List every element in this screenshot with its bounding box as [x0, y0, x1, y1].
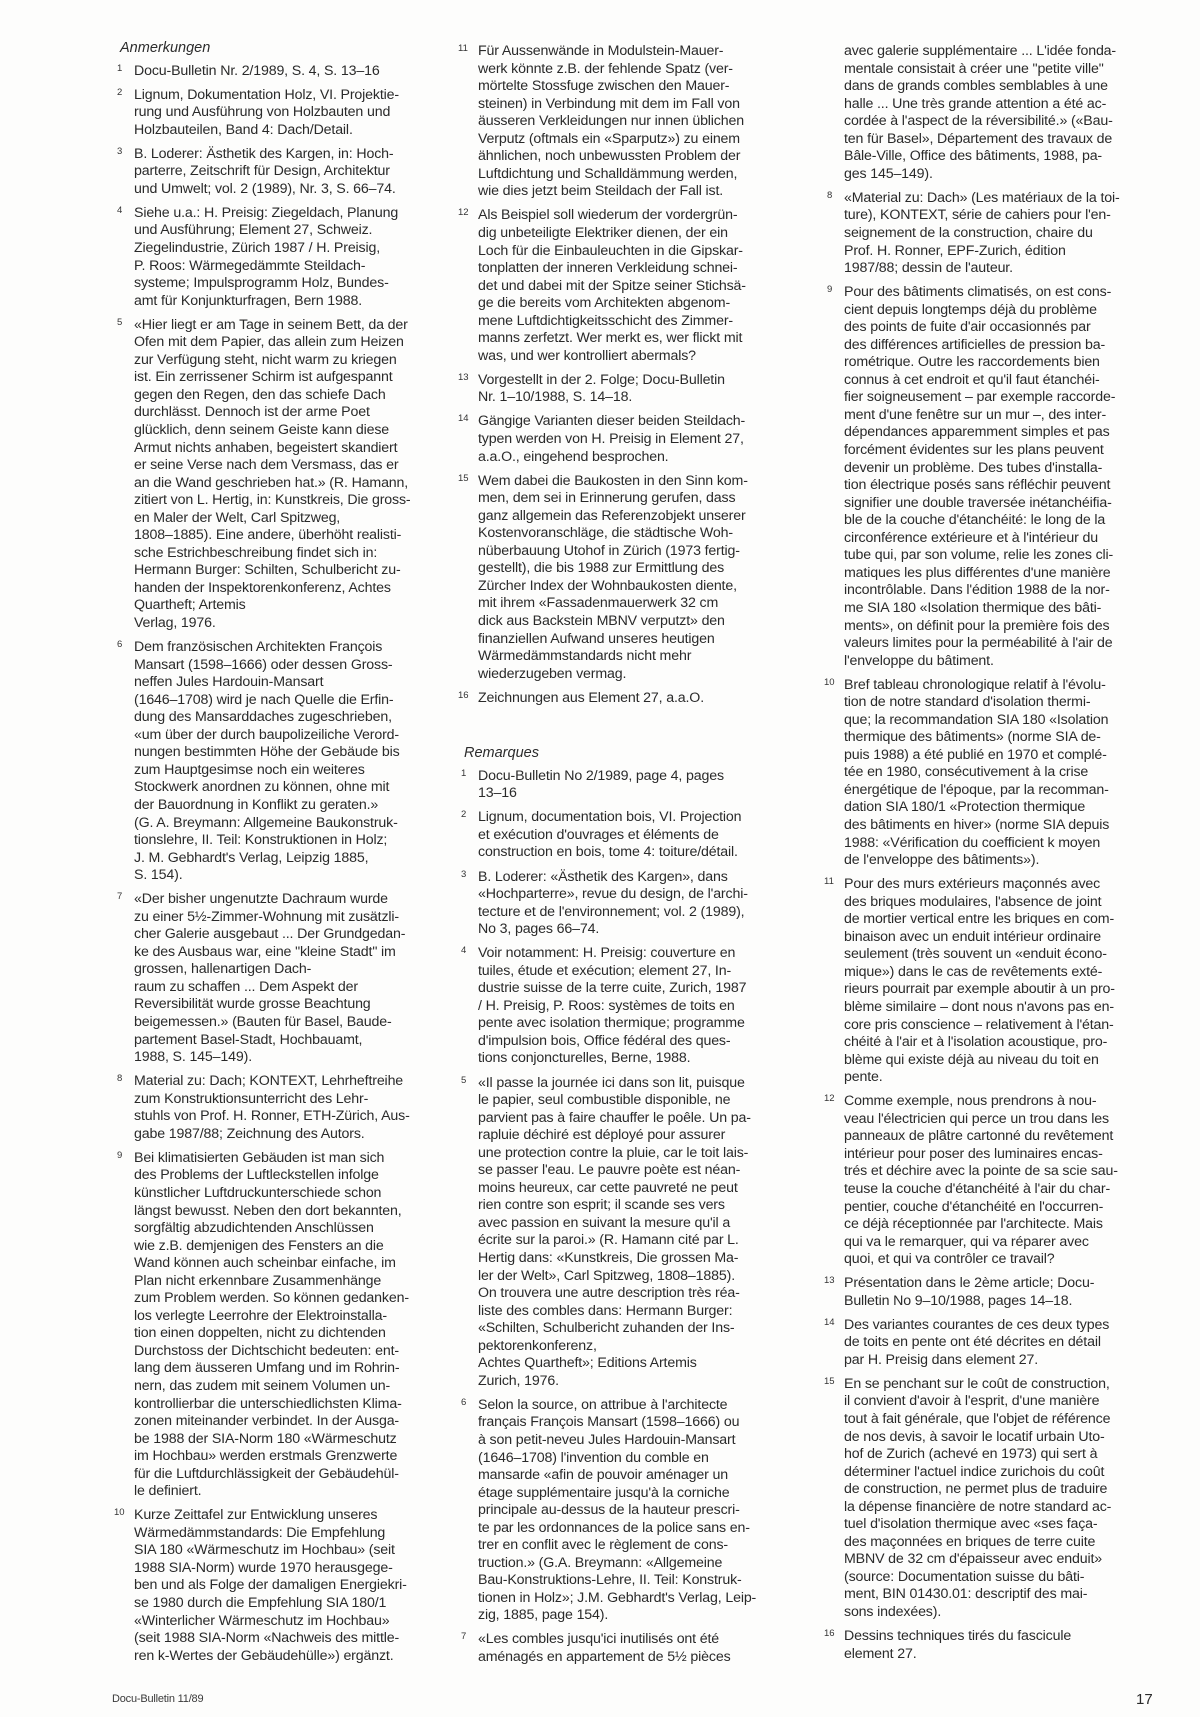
note-line: Quartheft; Artemis — [134, 597, 437, 615]
note-line: et exécution d'ouvrages et éléments de — [478, 827, 796, 845]
note-line: tionslehre, II. Teil: Konstruktionen in … — [134, 832, 437, 850]
note-line: par H. Preisig dans element 27. — [844, 1352, 1167, 1370]
footnote-text: B. Loderer: «Ästhetik des Kargen», dans«… — [478, 869, 796, 939]
note-line: (G. A. Breymann: Allgemeine Baukonstruk- — [134, 815, 437, 833]
note-line: que; la recommandation SIA 180 «Isolatio… — [844, 712, 1167, 730]
note-line: l'enveloppe du bâtiment. — [844, 653, 1167, 671]
note-line: SIA 180 «Wärmeschutz im Hochbau» (seit — [134, 1542, 437, 1560]
note-line: werk könnte z.B. der fehlende Spatz (ver… — [478, 61, 796, 79]
note-line: Verputz (oftmals ein «Sparputz») zu eine… — [478, 131, 796, 149]
note-line: für die Luftdurchlässigkeit der Gebäudeh… — [134, 1466, 437, 1484]
footnote-anmerkungen-12: 12Als Beispiel soll wiederum der vorderg… — [461, 207, 796, 365]
footnote-anmerkungen-9: 9Bei klimatisierten Gebäuden ist man sic… — [117, 1150, 437, 1501]
footnote-number: 13 — [458, 371, 469, 385]
note-line: le definiert. — [134, 1483, 437, 1501]
note-line: Bref tableau chronologique relatif à l'é… — [844, 677, 1167, 695]
footnote-anmerkungen-5: 5«Hier liegt er am Tage in seinem Bett, … — [117, 317, 437, 633]
note-line: truction.» (G.A. Breymann: «Allgemeine — [478, 1555, 796, 1573]
footnote-anmerkungen-11: 11Für Aussenwände in Modulstein-Mauer-we… — [461, 43, 796, 201]
note-continued-text: avec galerie supplémentaire ... L'idée f… — [844, 43, 1167, 183]
note-line: element 27. — [844, 1646, 1167, 1664]
note-line: be 1988 der SIA-Norm 180 «Wärmeschutz — [134, 1431, 437, 1449]
note-line: «um über der durch baupolizeiliche Veror… — [134, 727, 437, 745]
note-line: raum zu schaffen ... Dem Aspekt der — [134, 979, 437, 997]
remarques-notes-1-7: 1Docu-Bulletin No 2/1989, page 4, pages1… — [461, 768, 796, 1667]
note-line: liste des combles dans: Hermann Burger: — [478, 1303, 796, 1321]
note-line: Wärmedämmstandards: Die Empfehlung — [134, 1525, 437, 1543]
note-line: «Winterlicher Wärmeschutz im Hochbau» — [134, 1613, 437, 1631]
note-line: B. Loderer: «Ästhetik des Kargen», dans — [478, 869, 796, 887]
footnote-number: 11 — [824, 875, 834, 889]
footnote-remarques-12: 12Comme exemple, nous prendrons à nou-ve… — [827, 1093, 1167, 1268]
note-line: sorgfältig abzudichtenden Anschlüssen — [134, 1220, 437, 1238]
note-line: Armut nichts anhaben, begeistert skandie… — [134, 440, 437, 458]
note-line: tée en 1980, consécutivement à la crise — [844, 764, 1167, 782]
note-line: pektorenkonferenz, — [478, 1338, 796, 1356]
note-line: äusseren Verkleidungen nur innen übliche… — [478, 113, 796, 131]
note-line: der Bauordnung in Konflikt zu geraten.» — [134, 797, 437, 815]
note-line: intérieur pour poser des luminaires enca… — [844, 1146, 1167, 1164]
footnote-text: Selon la source, on attribue à l'archite… — [478, 1397, 796, 1625]
note-line: «Hochparterre», revue du design, de l'ar… — [478, 886, 796, 904]
footnote-text: Material zu: Dach; KONTEXT, Lehrheftreih… — [134, 1073, 437, 1143]
footnote-anmerkungen-3: 3B. Loderer: Ästhetik des Kargen, in: Ho… — [117, 146, 437, 199]
note-line: de nos devis, à savoir le locatif urbain… — [844, 1429, 1167, 1447]
note-line: ments», on définit pour la première fois… — [844, 618, 1167, 636]
note-line: tout à fait générale, que l'objet de réf… — [844, 1411, 1167, 1429]
note-line: MBNV de 32 cm d'épaisseur avec enduit» — [844, 1551, 1167, 1569]
footnote-text: Wem dabei die Baukosten in den Sinn kom-… — [478, 473, 796, 684]
note-line: de construction, ne permet plus de tradu… — [844, 1481, 1167, 1499]
footnote-number: 6 — [117, 638, 122, 652]
note-line: Dem französischen Architekten François — [134, 639, 437, 657]
note-line: partement Basel-Stadt, Hochbauamt, — [134, 1032, 437, 1050]
note-line: des points de fuite d'air occasionnés pa… — [844, 319, 1167, 337]
note-line: zig, 1885, page 154). — [478, 1607, 796, 1625]
note-line: (1646–1708) wird je nach Quelle die Erfi… — [134, 692, 437, 710]
footnote-text: Zeichnungen aus Element 27, a.a.O. — [478, 690, 796, 708]
note-line: Achtes Quartheft»; Editions Artemis — [478, 1355, 796, 1373]
note-line: ganz allgemein das Referenzobjekt unsere… — [478, 508, 796, 526]
note-line: dig unbeteiligte Elektriker dienen, der … — [478, 225, 796, 243]
note-line: zum Problem werden. So können gedanken- — [134, 1290, 437, 1308]
note-line: seignement de la construction, chaire du — [844, 225, 1167, 243]
footnote-anmerkungen-4: 4Siehe u.a.: H. Preisig: Ziegeldach, Pla… — [117, 205, 437, 310]
note-line: im Hochbau» werden erstmals Grenzwerte — [134, 1448, 437, 1466]
note-line: cher Galerie ausgebaut ... Der Grundgeda… — [134, 926, 437, 944]
note-line: und Umwelt; vol. 2 (1989), Nr. 3, S. 66–… — [134, 181, 437, 199]
footnote-number: 16 — [458, 689, 469, 703]
column-right: avec galerie supplémentaire ... L'idée f… — [827, 43, 1167, 1670]
footnote-number: 7 — [461, 1630, 466, 1644]
note-line: Wem dabei die Baukosten in den Sinn kom- — [478, 473, 796, 491]
note-line: Gängige Varianten dieser beiden Steildac… — [478, 413, 796, 431]
footnote-text: Voir notamment: H. Preisig: couverture e… — [478, 945, 796, 1068]
footnote-text: Für Aussenwände in Modulstein-Mauer-werk… — [478, 43, 796, 201]
footnote-text: Als Beispiel soll wiederum der vordergrü… — [478, 207, 796, 365]
footnote-number: 2 — [461, 808, 466, 822]
note-line: binaison avec un enduit intérieur ordina… — [844, 929, 1167, 947]
note-line: tions conjoncturelles, Berne, 1988. — [478, 1050, 796, 1068]
footnote-number: 2 — [117, 86, 122, 100]
note-line: künstlicher Luftdruckunterschiede schon — [134, 1185, 437, 1203]
note-line: rapluie déchiré est déployé pour assurer — [478, 1127, 796, 1145]
section-title-remarques: Remarques — [464, 745, 796, 763]
footnote-text: Bei klimatisierten Gebäuden ist man sich… — [134, 1150, 437, 1501]
footnote-text: «Der bisher ungenutzte Dachraum wurdezu … — [134, 891, 437, 1066]
note-line: mique») dans le cas de revêtements exté- — [844, 964, 1167, 982]
note-line: Holzbauteilen, Band 4: Dach/Detail. — [134, 122, 437, 140]
note-line: des briques modulaires, l'absence de joi… — [844, 894, 1167, 912]
note-line: Stockwerk anordnen zu können, ohne mit — [134, 779, 437, 797]
note-line: tuiles, étude et exécution; element 27, … — [478, 963, 796, 981]
note-line: gestellt), die bis 1988 zur Ermittlung d… — [478, 560, 796, 578]
note-line: de mortier vertical entre les briques en… — [844, 911, 1167, 929]
note-line: rométrique. Outre les raccordements bien — [844, 354, 1167, 372]
note-line: matiques les plus différentes d'une mani… — [844, 565, 1167, 583]
footnote-text: Bref tableau chronologique relatif à l'é… — [844, 677, 1167, 870]
footnote-remarques-13: 13Présentation dans le 2ème article; Doc… — [827, 1275, 1167, 1310]
note-line: core pris conscience – relativement à l'… — [844, 1017, 1167, 1035]
note-line: «Les combles jusqu'ici inutilisés ont ét… — [478, 1631, 796, 1649]
footnote-number: 5 — [461, 1074, 466, 1088]
remarques-note-7-continued: avec galerie supplémentaire ... L'idée f… — [827, 43, 1167, 183]
note-line: sche Estrichbeschreibung findet sich in: — [134, 545, 437, 563]
note-line: cient depuis longtemps déjà du problème — [844, 302, 1167, 320]
footnote-number: 3 — [461, 868, 466, 882]
note-line: puis 1988) a été publié en 1970 et compl… — [844, 747, 1167, 765]
note-line: veau l'électricien qui perce un trou dan… — [844, 1111, 1167, 1129]
remarques-notes-8-16: 8«Material zu: Dach» (Les matériaux de l… — [827, 190, 1167, 1663]
note-line: le papier, seul combustible disponible, … — [478, 1092, 796, 1110]
note-line: sons indexées). — [844, 1604, 1167, 1622]
note-line: «Hier liegt er am Tage in seinem Bett, d… — [134, 317, 437, 335]
footnote-remarques-9: 9Pour des bâtiments climatisés, on est c… — [827, 284, 1167, 670]
footnote-number: 15 — [824, 1375, 835, 1389]
note-line: ähnlichen, noch unbewussten Problem der — [478, 148, 796, 166]
footnote-number: 9 — [117, 1149, 122, 1163]
note-line: steinen) in Verbindung mit dem im Fall v… — [478, 96, 796, 114]
footnote-remarques-3: 3B. Loderer: «Ästhetik des Kargen», dans… — [461, 869, 796, 939]
note-line: «Material zu: Dach» (Les matériaux de la… — [844, 190, 1167, 208]
note-line: Bulletin No 9–10/1988, pages 14–18. — [844, 1293, 1167, 1311]
footnote-text: Dessins techniques tirés du fasciculeele… — [844, 1628, 1167, 1663]
footnote-text: «Il passe la journée ici dans son lit, p… — [478, 1075, 796, 1391]
footnote-remarques-4: 4Voir notamment: H. Preisig: couverture … — [461, 945, 796, 1068]
note-line: ble de la couche d'étanchéité: le long d… — [844, 512, 1167, 530]
note-line: 1988, S. 145–149). — [134, 1049, 437, 1067]
note-line: tube qui, par son volume, relie les zone… — [844, 547, 1167, 565]
note-line: Ziegelindustrie, Zürich 1987 / H. Preisi… — [134, 240, 437, 258]
note-line: ges 145–149). — [844, 166, 1167, 184]
note-line: Bau-Konstruktions-Lehre, II. Teil: Konst… — [478, 1572, 796, 1590]
footnote-text: Gängige Varianten dieser beiden Steildac… — [478, 413, 796, 466]
footnote-number: 8 — [827, 189, 832, 203]
note-line: quoi, et qui va contrôler ce travail? — [844, 1251, 1167, 1269]
note-line: Für Aussenwände in Modulstein-Mauer- — [478, 43, 796, 61]
note-line: parterre, Zeitschrift für Design, Archit… — [134, 163, 437, 181]
footnote-text: Lignum, Dokumentation Holz, VI. Projekti… — [134, 87, 437, 140]
footnote-text: Lignum, documentation bois, VI. Projecti… — [478, 809, 796, 862]
note-line: écrite sur la paroi.» (R. Hamann cité pa… — [478, 1232, 796, 1250]
note-line: français François Mansart (1598–1666) ou — [478, 1414, 796, 1432]
note-line: ten für Basel», Département des travaux … — [844, 131, 1167, 149]
note-line: thermique des bâtiments» (norme SIA de- — [844, 729, 1167, 747]
column-middle: 11Für Aussenwände in Modulstein-Mauer-we… — [461, 43, 796, 1673]
note-line: étage supplémentaire jusqu'à la corniche — [478, 1485, 796, 1503]
footnote-number: 12 — [824, 1092, 835, 1106]
footnote-number: 4 — [117, 204, 122, 218]
note-line: Hertig dans: «Kunstkreis, Die grossen Ma… — [478, 1250, 796, 1268]
note-line: avec galerie supplémentaire ... L'idée f… — [844, 43, 1167, 61]
note-line: men, dem sei in Erinnerung gerufen, dass — [478, 490, 796, 508]
note-line: ment d'une fenêtre sur un mur –, des int… — [844, 407, 1167, 425]
footnote-text: Présentation dans le 2ème article; Docu-… — [844, 1275, 1167, 1310]
footnote-remarques-15: 15En se penchant sur le coût de construc… — [827, 1376, 1167, 1622]
note-line: d'impulsion bois, Office fédéral des que… — [478, 1033, 796, 1051]
note-line: Docu-Bulletin No 2/1989, page 4, pages — [478, 768, 796, 786]
note-line: teuse la couche d'étanchéité à l'air du … — [844, 1181, 1167, 1199]
footnote-text: B. Loderer: Ästhetik des Kargen, in: Hoc… — [134, 146, 437, 199]
note-line: valeurs limites pour la perméabilité à l… — [844, 635, 1167, 653]
note-line: rieurs pourrait par exemple aboutir à un… — [844, 981, 1167, 999]
note-line: pente. — [844, 1069, 1167, 1087]
footnote-anmerkungen-15: 15Wem dabei die Baukosten in den Sinn ko… — [461, 473, 796, 684]
note-line: Comme exemple, nous prendrons à nou- — [844, 1093, 1167, 1111]
footnote-remarques-5: 5«Il passe la journée ici dans son lit, … — [461, 1075, 796, 1391]
note-line: det und dabei mit der Spitze seiner Stic… — [478, 278, 796, 296]
note-line: zur Verfügung steht, nicht warm zu krieg… — [134, 352, 437, 370]
note-line: Dessins techniques tirés du fascicule — [844, 1628, 1167, 1646]
footnote-number: 14 — [824, 1316, 835, 1330]
note-line: Als Beispiel soll wiederum der vordergrü… — [478, 207, 796, 225]
note-line: tion einen doppelten, nicht zu dichtende… — [134, 1325, 437, 1343]
note-line: mörtelte Stossfuge zwischen den Mauer- — [478, 78, 796, 96]
footnote-anmerkungen-1: 1Docu-Bulletin Nr. 2/1989, S. 4, S. 13–1… — [117, 63, 437, 81]
note-line: Durchstoss der Dichtschicht bedeuten: en… — [134, 1343, 437, 1361]
footer-publication: Docu-Bulletin 11/89 — [112, 1693, 203, 1705]
note-line: principale au-dessus de la hauteur presc… — [478, 1502, 796, 1520]
footnote-text: Dem französischen Architekten FrançoisMa… — [134, 639, 437, 885]
note-line: zitiert von L. Hertig, in: Kunstkreis, D… — [134, 492, 437, 510]
note-line: er seine Verse nach dem Versmass, das er — [134, 457, 437, 475]
note-line: dung des Mansarddaches zugeschrieben, — [134, 709, 437, 727]
column-left: Anmerkungen 1Docu-Bulletin Nr. 2/1989, S… — [117, 40, 437, 1672]
note-line: «Il passe la journée ici dans son lit, p… — [478, 1075, 796, 1093]
note-line: nern, das zudem mit seinem Volumen un- — [134, 1378, 437, 1396]
note-line: S. 154). — [134, 867, 437, 885]
footnote-text: Siehe u.a.: H. Preisig: Ziegeldach, Plan… — [134, 205, 437, 310]
note-line: zu einer 5½-Zimmer-Wohnung mit zusätzli- — [134, 909, 437, 927]
note-line: ment, BIN 01430.01: descriptif des mai- — [844, 1586, 1167, 1604]
note-line: mit ihrem «Fassadenmauerwerk 32 cm — [478, 595, 796, 613]
note-line: ture), KONTEXT, série de cahiers pour l'… — [844, 207, 1167, 225]
note-line: Bei klimatisierten Gebäuden ist man sich — [134, 1150, 437, 1168]
note-line: la dépense financière de notre standard … — [844, 1499, 1167, 1517]
note-line: mene Luftdichtigkeitsschicht des Zimmer- — [478, 313, 796, 331]
footnote-text: Docu-Bulletin Nr. 2/1989, S. 4, S. 13–16 — [134, 63, 437, 81]
note-line: mentale consistait à créer une "petite v… — [844, 61, 1167, 79]
footnote-text: En se penchant sur le coût de constructi… — [844, 1376, 1167, 1622]
note-line: mansarde «afin de pouvoir aménager un — [478, 1467, 796, 1485]
note-line: rung und Ausführung von Holzbauten und — [134, 104, 437, 122]
footnote-number: 6 — [461, 1396, 466, 1410]
note-line: nungen bestimmten Höhe der Gebäude bis — [134, 744, 437, 762]
note-line: Pour des murs extérieurs maçonnés avec — [844, 876, 1167, 894]
note-line: wie dies jetzt beim Steildach der Fall i… — [478, 183, 796, 201]
footnote-anmerkungen-8: 8Material zu: Dach; KONTEXT, Lehrheftrei… — [117, 1073, 437, 1143]
note-line: Hermann Burger: Schilten, Schulbericht z… — [134, 562, 437, 580]
footnote-anmerkungen-2: 2Lignum, Dokumentation Holz, VI. Projekt… — [117, 87, 437, 140]
note-line: a.a.O., eingehend besprochen. — [478, 449, 796, 467]
note-line: parvient pas à faire chauffer le poêle. … — [478, 1110, 796, 1128]
note-line: kontrollierbar die unterschiedlichsten K… — [134, 1396, 437, 1414]
note-line: Siehe u.a.: H. Preisig: Ziegeldach, Plan… — [134, 205, 437, 223]
note-line: énergétique de l'époque, par la recomman… — [844, 782, 1167, 800]
note-line: de l'enveloppe des bâtiments»). — [844, 852, 1167, 870]
note-line: längst bewusst. Neben den dort bekannten… — [134, 1203, 437, 1221]
footnote-anmerkungen-10: 10Kurze Zeittafel zur Entwicklung unsere… — [117, 1507, 437, 1665]
note-line: manns zerfetzt. Wer merkt es, wer flickt… — [478, 330, 796, 348]
note-line: amt für Konjunkturfragen, Bern 1988. — [134, 293, 437, 311]
note-line: / H. Preisig, P. Roos: systèmes de toits… — [478, 998, 796, 1016]
note-line: glücklich, denn seinem Geiste kann diese — [134, 422, 437, 440]
note-line: gabe 1987/88; Zeichnung des Autors. — [134, 1126, 437, 1144]
note-line: avec passion en suivant la mesure qu'il … — [478, 1215, 796, 1233]
footnote-number: 14 — [458, 412, 469, 426]
note-line: beigemessen.» (Bauten für Basel, Baude- — [134, 1014, 437, 1032]
note-line: los verlegte Leerrohre der Elektroinstal… — [134, 1308, 437, 1326]
footnote-number: 13 — [824, 1274, 835, 1288]
note-line: Zeichnungen aus Element 27, a.a.O. — [478, 690, 796, 708]
anmerkungen-notes-11-16: 11Für Aussenwände in Modulstein-Mauer-we… — [461, 43, 796, 707]
note-line: (1646–1708) l'invention du comble en — [478, 1450, 796, 1468]
note-line: zonen miteinander verbindet. In der Ausg… — [134, 1413, 437, 1431]
note-line: On trouvera une autre description très r… — [478, 1285, 796, 1303]
note-line: qui va le remarquer, qui va réparer avec — [844, 1234, 1167, 1252]
note-line: rien contre son esprit; il scande ses ve… — [478, 1197, 796, 1215]
note-line: 1987/88; dessin de l'auteur. — [844, 260, 1167, 278]
note-line: an die Wand geschrieben hat.» (R. Hamann… — [134, 475, 437, 493]
note-line: «Schilten, Schulbericht zuhanden der Ins… — [478, 1320, 796, 1338]
footnote-text: Docu-Bulletin No 2/1989, page 4, pages13… — [478, 768, 796, 803]
note-line: «Der bisher ungenutzte Dachraum wurde — [134, 891, 437, 909]
note-line: Docu-Bulletin Nr. 2/1989, S. 4, S. 13–16 — [134, 63, 437, 81]
note-line: durchlässt. Dennoch ist der arme Poet — [134, 404, 437, 422]
footnote-number: 3 — [117, 145, 122, 159]
note-line: dépendances apparemment simples et pas — [844, 424, 1167, 442]
note-line: circonférence extérieure et à l'intérieu… — [844, 530, 1167, 548]
note-line: halle ... Une très grande attention a ét… — [844, 96, 1167, 114]
note-line: En se penchant sur le coût de constructi… — [844, 1376, 1167, 1394]
note-line: des maçonnées en briques de terre cuite — [844, 1534, 1167, 1552]
footnote-remarques-6: 6Selon la source, on attribue à l'archit… — [461, 1397, 796, 1625]
note-line: Nr. 1–10/1988, S. 14–18. — [478, 389, 796, 407]
note-line: ist. Ein zerrissener Schirm ist aufgespa… — [134, 369, 437, 387]
note-line: fier soigneusement – par exemple raccord… — [844, 389, 1167, 407]
footnote-text: Vorgestellt in der 2. Folge; Docu-Bullet… — [478, 372, 796, 407]
footnote-number: 10 — [824, 676, 835, 690]
section-title-anmerkungen: Anmerkungen — [120, 40, 437, 58]
note-line: trés et déchire avec la pointe de sa sci… — [844, 1163, 1167, 1181]
note-line: typen werden von H. Preisig in Element 2… — [478, 431, 796, 449]
note-line: nüberbauung Utohof in Zürich (1973 ferti… — [478, 543, 796, 561]
note-line: zum Hauptgesimse noch ein weiteres — [134, 762, 437, 780]
note-line: wiederzugeben vermag. — [478, 666, 796, 684]
note-line: se 1980 durch die Empfehlung SIA 180/1 — [134, 1595, 437, 1613]
note-line: ben und als Folge der damaligen Energiek… — [134, 1577, 437, 1595]
footnote-text: «Material zu: Dach» (Les matériaux de la… — [844, 190, 1167, 278]
footnote-number: 8 — [117, 1072, 122, 1086]
note-line: Reversibilität wurde grosse Beachtung — [134, 996, 437, 1014]
footnote-remarques-16: 16Dessins techniques tirés du fasciculee… — [827, 1628, 1167, 1663]
note-line: Material zu: Dach; KONTEXT, Lehrheftreih… — [134, 1073, 437, 1091]
note-line: ge die bereits vom Architekten abgenom- — [478, 295, 796, 313]
footnote-number: 7 — [117, 890, 122, 904]
note-line: se passer l'eau. Le pauvre poète est néa… — [478, 1162, 796, 1180]
note-line: Loch für die Einbauleuchten in die Gipsk… — [478, 243, 796, 261]
footnote-number: 12 — [458, 206, 469, 220]
note-line: 13–16 — [478, 785, 796, 803]
note-line: panneaux de plâtre cartonné du revêtemen… — [844, 1128, 1167, 1146]
footnote-anmerkungen-7: 7«Der bisher ungenutzte Dachraum wurdezu… — [117, 891, 437, 1066]
note-line: dation SIA 180/1 «Protection thermique — [844, 799, 1167, 817]
note-line: dustrie suisse de la terre cuite, Zurich… — [478, 980, 796, 998]
note-line: Voir notamment: H. Preisig: couverture e… — [478, 945, 796, 963]
note-line: Verlag, 1976. — [134, 615, 437, 633]
note-line: forcément évidentes sur les plans peuven… — [844, 442, 1167, 460]
footnote-text: Kurze Zeittafel zur Entwicklung unseresW… — [134, 1507, 437, 1665]
footnote-remarques-7: 7«Les combles jusqu'ici inutilisés ont é… — [461, 1631, 796, 1666]
footnote-text: Pour des murs extérieurs maçonnés avecde… — [844, 876, 1167, 1087]
note-line: chéité à l'air et à l'isolation acoustiq… — [844, 1034, 1167, 1052]
note-line: neffen Jules Hardouin-Mansart — [134, 674, 437, 692]
footnote-text: Des variantes courantes de ces deux type… — [844, 1317, 1167, 1370]
footnote-anmerkungen-16: 16Zeichnungen aus Element 27, a.a.O. — [461, 690, 796, 708]
footnote-number: 9 — [827, 283, 832, 297]
note-line: Zurich, 1976. — [478, 1373, 796, 1391]
footnote-anmerkungen-14: 14Gängige Varianten dieser beiden Steild… — [461, 413, 796, 466]
note-line: stuhls von Prof. H. Ronner, ETH-Zürich, … — [134, 1108, 437, 1126]
footnote-text: Pour des bâtiments climatisés, on est co… — [844, 284, 1167, 670]
note-line: was, und wer kontrolliert abermals? — [478, 348, 796, 366]
note-line: finanziellen Aufwand unseres heutigen — [478, 631, 796, 649]
note-line: me SIA 180 «Isolation thermique des bâti… — [844, 600, 1167, 618]
note-line: (source: Documentation suisse du bâti- — [844, 1569, 1167, 1587]
note-line: blème qui existe déjà au niveau du toit … — [844, 1052, 1167, 1070]
footnote-number: 1 — [461, 767, 466, 781]
note-line: P. Roos: Wärmegedämmte Steildach- — [134, 258, 437, 276]
note-line: Lignum, documentation bois, VI. Projecti… — [478, 809, 796, 827]
note-line: grossen, hallenartigen Dach- — [134, 961, 437, 979]
footnote-remarques-8: 8«Material zu: Dach» (Les matériaux de l… — [827, 190, 1167, 278]
note-line: des bâtiments en hiver» (norme SIA depui… — [844, 817, 1167, 835]
footnote-text: Comme exemple, nous prendrons à nou-veau… — [844, 1093, 1167, 1268]
footnote-remarques-1: 1Docu-Bulletin No 2/1989, page 4, pages1… — [461, 768, 796, 803]
note-line: Selon la source, on attribue à l'archite… — [478, 1397, 796, 1415]
note-line: 1808–1885). Eine andere, überhöht realis… — [134, 527, 437, 545]
note-line: devenir un problème. Des tubes d'install… — [844, 460, 1167, 478]
note-line: tonplatten der inneren Verkleidung schne… — [478, 260, 796, 278]
note-line: tion de notre standard d'isolation therm… — [844, 694, 1167, 712]
note-line: blème similaire – dont nous n'avons pas … — [844, 999, 1167, 1017]
note-line: de toits en pente ont été décrites en dé… — [844, 1334, 1167, 1352]
note-line: lang dem äusseren Umfang und im Rohrin- — [134, 1360, 437, 1378]
note-line: handen der Inspektorenkonferenz, Achtes — [134, 580, 437, 598]
note-line: tionen in Holz»; J.M. Gebhardt's Verlag,… — [478, 1590, 796, 1608]
note-line: hof de Zurich (achevé en 1973) qui sert … — [844, 1446, 1167, 1464]
note-line: B. Loderer: Ästhetik des Kargen, in: Hoc… — [134, 146, 437, 164]
